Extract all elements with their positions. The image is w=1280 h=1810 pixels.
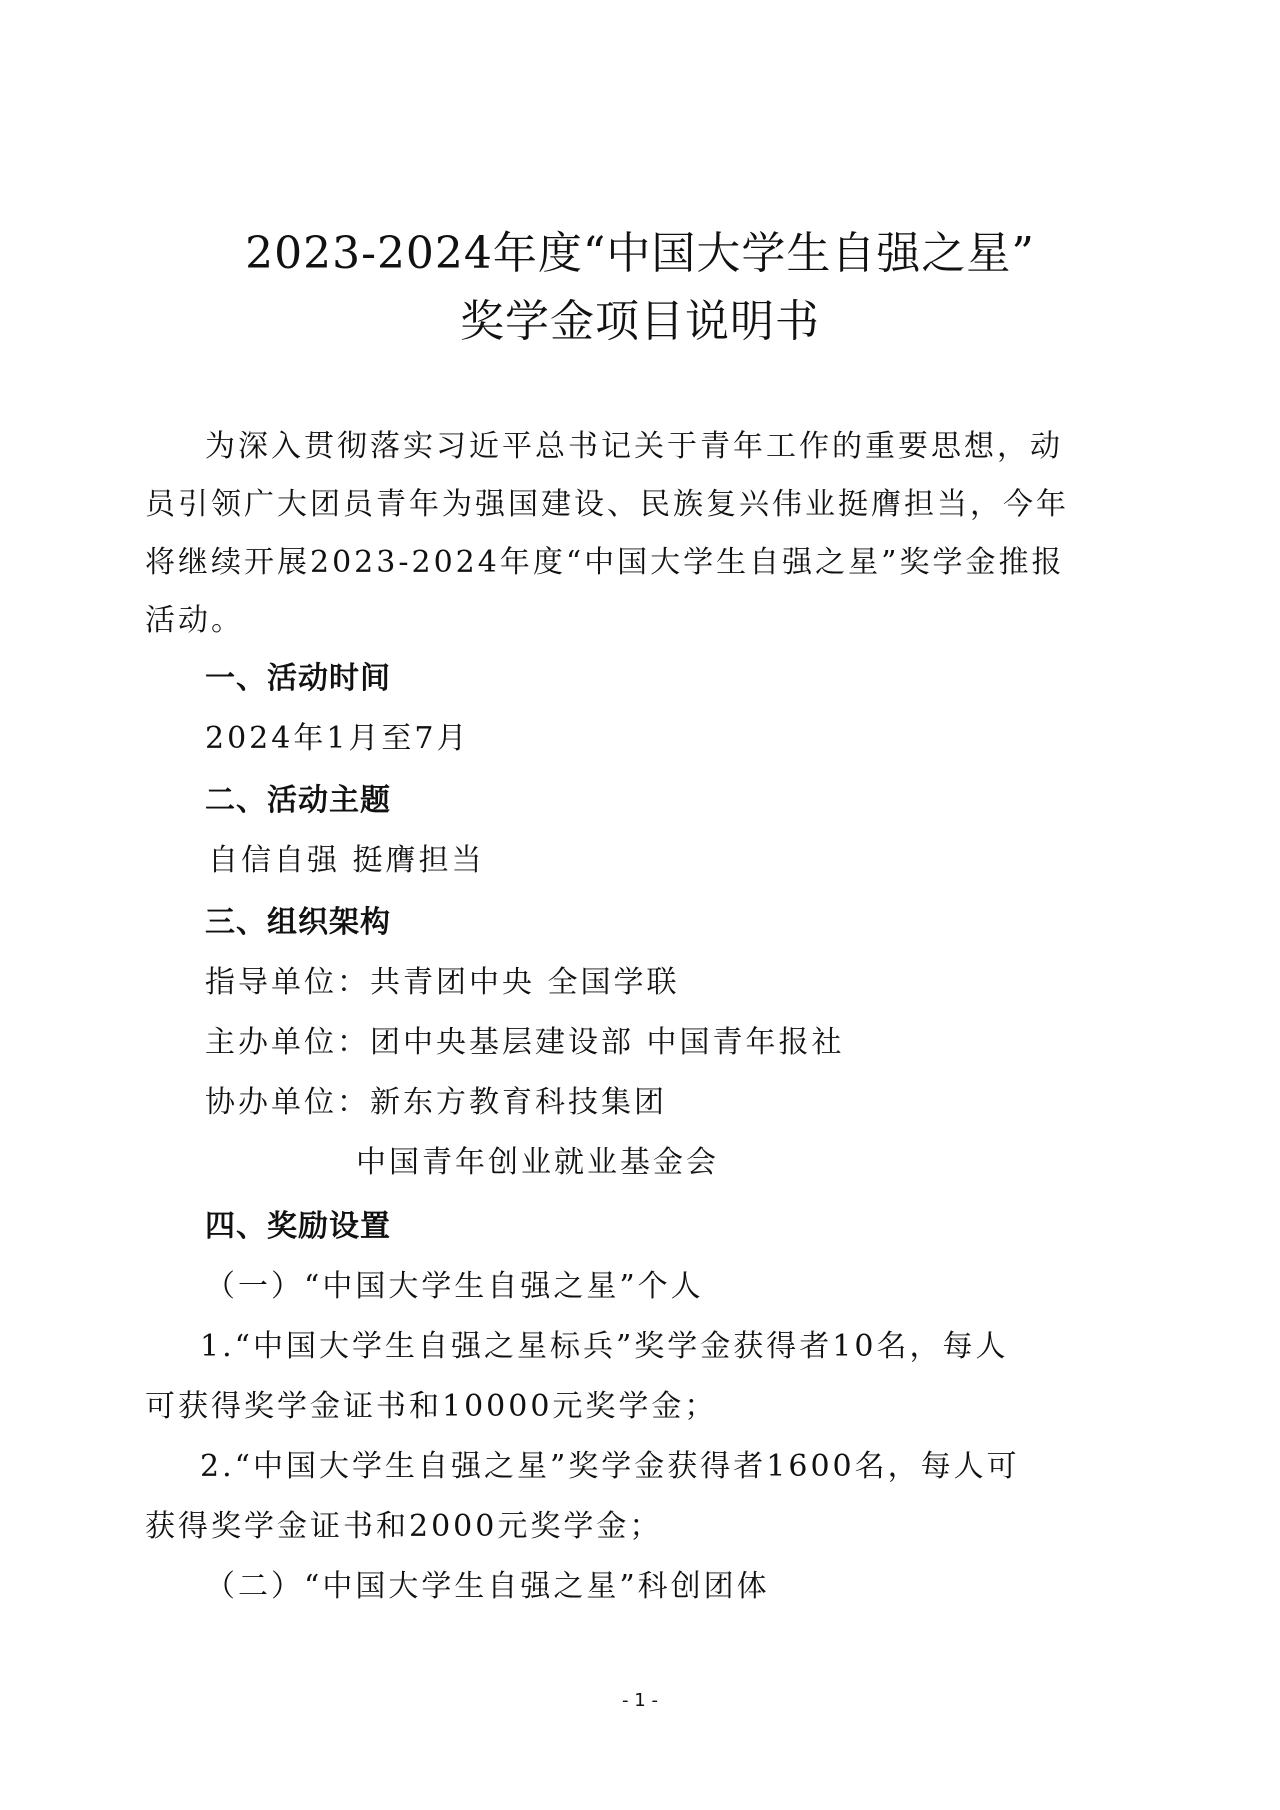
awards-item-2: 2.“中国大学生自强之星”奖学金获得者1600名，每人可 [200,1452,1020,1482]
org-host: 主办单位：团中央基层建设部 中国青年报社 [205,1028,845,1058]
intro-line: 为深入贯彻落实习近平总书记关于青年工作的重要思想，动 [205,432,1063,462]
section-heading-theme: 二、活动主题 [205,786,391,816]
org-co-organizer-1: 协办单位：新东方教育科技集团 [205,1088,667,1118]
section-heading-time: 一、活动时间 [205,664,391,694]
page-number: - 1 - [0,1690,1280,1711]
section-heading-awards: 四、奖励设置 [205,1212,391,1242]
org-co-organizer-2: 中国青年创业就业基金会 [356,1148,719,1178]
org-guide: 指导单位：共青团中央 全国学联 [205,968,680,998]
section-text-time: 2024年1月至7月 [205,724,470,754]
awards-sub-team: （二）“中国大学生自强之星”科创团体 [205,1572,770,1602]
title-line-1: 2023-2024年度“中国大学生自强之星” [0,232,1280,276]
awards-item-1-cont: 可获得奖学金证书和10000元奖学金； [145,1392,717,1422]
intro-line: 活动。 [145,606,244,636]
awards-item-1: 1.“中国大学生自强之星标兵”奖学金获得者10名，每人 [200,1332,1008,1362]
section-heading-org: 三、组织架构 [205,908,391,938]
title-line-2: 奖学金项目说明书 [0,300,1280,344]
intro-line: 员引领广大团员青年为强国建设、民族复兴伟业挺膺担当，今年 [145,490,1069,520]
awards-sub-individual: （一）“中国大学生自强之星”个人 [205,1272,704,1302]
intro-line: 将继续开展2023-2024年度“中国大学生自强之星”奖学金推报 [145,548,1065,578]
awards-item-2-cont: 获得奖学金证书和2000元奖学金； [145,1512,662,1542]
section-text-theme: 自信自强 挺膺担当 [208,846,485,876]
